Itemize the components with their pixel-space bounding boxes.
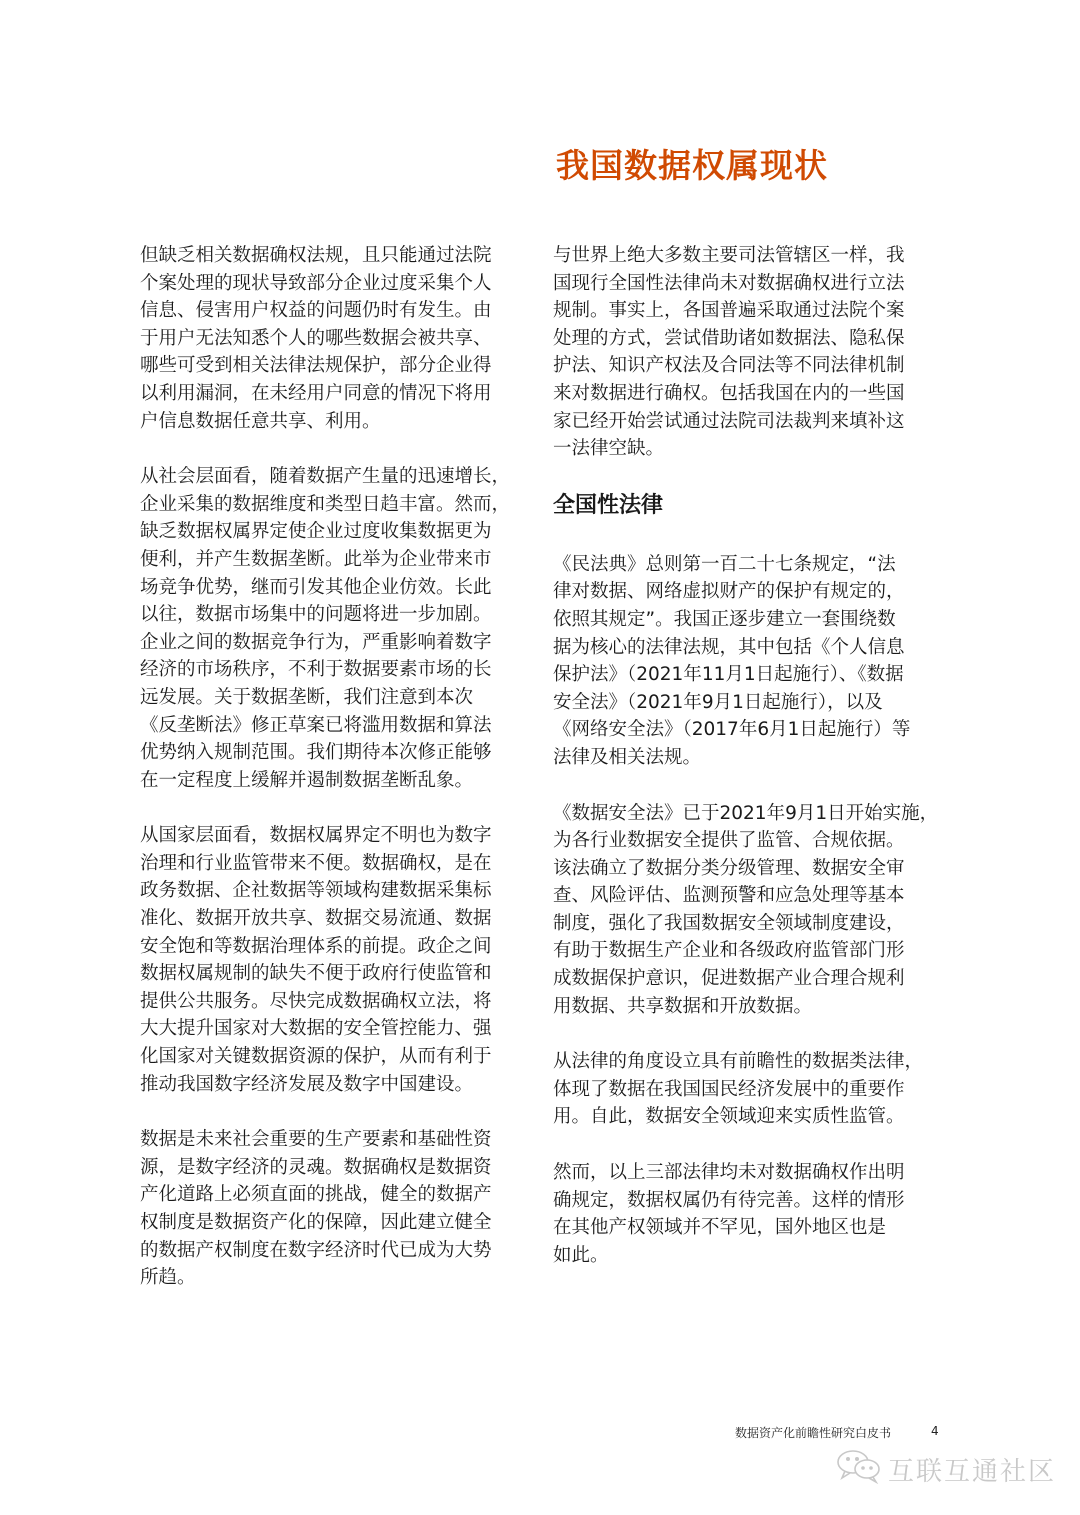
- text-line: 处理的方式，尝试借助诸如数据法、隐私保: [553, 325, 953, 353]
- text-line: 远发展。关于数据垄断，我们注意到本次: [140, 684, 540, 712]
- text-line: 产化道路上必须直面的挑战，健全的数据产: [140, 1181, 540, 1209]
- body-paragraph: 数据是未来社会重要的生产要素和基础性资源，是数字经济的灵魂。数据确权是数据资产化…: [140, 1126, 540, 1292]
- text-line: 成数据保护意识，促进数据产业合理合规利: [553, 965, 953, 993]
- text-line: 化国家对关键数据资源的保护，从而有利于: [140, 1043, 540, 1071]
- text-line: 有助于数据生产企业和各级政府监管部门形: [553, 937, 953, 965]
- text-line: 《民法典》总则第一百二十七条规定，“法: [553, 551, 953, 579]
- text-line: 然而，以上三部法律均未对数据确权作出明: [553, 1159, 953, 1187]
- body-paragraph: 从法律的角度设立具有前瞻性的数据类法律，体现了数据在我国国民经济发展中的重要作用…: [553, 1048, 953, 1131]
- text-line: 但缺乏相关数据确权法规，且只能通过法院: [140, 242, 540, 270]
- text-line: 依照其规定”。我国正逐步建立一套围绕数: [553, 606, 953, 634]
- left-column: 但缺乏相关数据确权法规，且只能通过法院个案处理的现状导致部分企业过度采集个人信息…: [140, 242, 540, 1320]
- text-line: 制度，强化了我国数据安全领域制度建设，: [553, 910, 953, 938]
- text-line: 为各行业数据安全提供了监管、合规依据。: [553, 827, 953, 855]
- text-line: 从国家层面看，数据权属界定不明也为数字: [140, 822, 540, 850]
- text-line: 在一定程度上缓解并遏制数据垄断乱象。: [140, 767, 540, 795]
- text-line: 安全法》（2021年9月1日起施行），以及: [553, 689, 953, 717]
- text-line: 一法律空缺。: [553, 435, 953, 463]
- text-line: 便利，并产生数据垄断。此举为企业带来市: [140, 546, 540, 574]
- text-line: 准化、数据开放共享、数据交易流通、数据: [140, 905, 540, 933]
- text-line: 的数据产权制度在数字经济时代已成为大势: [140, 1237, 540, 1265]
- text-line: 体现了数据在我国国民经济发展中的重要作: [553, 1076, 953, 1104]
- text-line: 缺乏数据权属界定使企业过度收集数据更为: [140, 518, 540, 546]
- text-line: 信息、侵害用户权益的问题仍时有发生。由: [140, 297, 540, 325]
- text-line: 治理和行业监管带来不便。数据确权，是在: [140, 850, 540, 878]
- text-line: 数据权属规制的缺失不便于政府行使监管和: [140, 960, 540, 988]
- text-line: 护法、知识产权法及合同法等不同法律机制: [553, 352, 953, 380]
- text-line: 推动我国数字经济发展及数字中国建设。: [140, 1071, 540, 1099]
- text-line: 优势纳入规制范围。我们期待本次修正能够: [140, 739, 540, 767]
- text-line: 该法确立了数据分类分级管理、数据安全审: [553, 855, 953, 883]
- text-line: 来对数据进行确权。包括我国在内的一些国: [553, 380, 953, 408]
- text-line: 以往，数据市场集中的问题将进一步加剧。: [140, 601, 540, 629]
- text-line: 所趋。: [140, 1264, 540, 1292]
- text-line: 企业采集的数据维度和类型日趋丰富。然而，: [140, 491, 540, 519]
- text-line: 《网络安全法》（2017年6月1日起施行）等: [553, 716, 953, 744]
- text-line: 查、风险评估、监测预警和应急处理等基本: [553, 882, 953, 910]
- text-line: 场竞争优势，继而引发其他企业仿效。长此: [140, 574, 540, 602]
- text-line: 大大提升国家对大数据的安全管控能力、强: [140, 1015, 540, 1043]
- text-line: 从社会层面看，随着数据产生量的迅速增长，: [140, 463, 540, 491]
- right-column: 与世界上绝大多数主要司法管辖区一样，我国现行全国性法律尚未对数据确权进行立法规制…: [553, 242, 953, 1297]
- wechat-icon: [836, 1448, 882, 1491]
- text-line: 律对数据、网络虚拟财产的保护有规定的，: [553, 578, 953, 606]
- page-title: 我国数据权属现状: [556, 140, 828, 187]
- text-line: 哪些可受到相关法律法规保护，部分企业得: [140, 352, 540, 380]
- text-line: 经济的市场秩序，不利于数据要素市场的长: [140, 656, 540, 684]
- text-line: 《反垄断法》修正草案已将滥用数据和算法: [140, 712, 540, 740]
- text-line: 用数据、共享数据和开放数据。: [553, 993, 953, 1021]
- intro-paragraph: 与世界上绝大多数主要司法管辖区一样，我国现行全国性法律尚未对数据确权进行立法规制…: [553, 242, 953, 463]
- text-line: 数据是未来社会重要的生产要素和基础性资: [140, 1126, 540, 1154]
- right-paragraphs: 《民法典》总则第一百二十七条规定，“法律对数据、网络虚拟财产的保护有规定的，依照…: [553, 551, 953, 1270]
- text-line: 规制。事实上，各国普遍采取通过法院个案: [553, 297, 953, 325]
- text-line: 法律及相关法规。: [553, 744, 953, 772]
- text-line: 保护法》（2021年11月1日起施行）、《数据: [553, 661, 953, 689]
- text-line: 与世界上绝大多数主要司法管辖区一样，我: [553, 242, 953, 270]
- text-line: 用。自此，数据安全领域迎来实质性监管。: [553, 1103, 953, 1131]
- page-footer: 数据资产化前瞻性研究白皮书 4: [735, 1424, 891, 1441]
- watermark: 互联互通社区: [836, 1448, 1056, 1491]
- body-paragraph: 《民法典》总则第一百二十七条规定，“法律对数据、网络虚拟财产的保护有规定的，依照…: [553, 551, 953, 772]
- text-line: 于用户无法知悉个人的哪些数据会被共享、: [140, 325, 540, 353]
- text-line: 国现行全国性法律尚未对数据确权进行立法: [553, 270, 953, 298]
- body-paragraph: 但缺乏相关数据确权法规，且只能通过法院个案处理的现状导致部分企业过度采集个人信息…: [140, 242, 540, 435]
- text-line: 从法律的角度设立具有前瞻性的数据类法律，: [553, 1048, 953, 1076]
- text-line: 权制度是数据资产化的保障，因此建立健全: [140, 1209, 540, 1237]
- text-line: 据为核心的法律法规，其中包括《个人信息: [553, 634, 953, 662]
- footer-doc-title: 数据资产化前瞻性研究白皮书: [735, 1426, 891, 1440]
- text-line: 企业之间的数据竞争行为，严重影响着数字: [140, 629, 540, 657]
- text-line: 户信息数据任意共享、利用。: [140, 408, 540, 436]
- text-line: 《数据安全法》已于2021年9月1日开始实施，: [553, 800, 953, 828]
- page-number: 4: [931, 1424, 939, 1438]
- body-paragraph: 《数据安全法》已于2021年9月1日开始实施，为各行业数据安全提供了监管、合规依…: [553, 800, 953, 1021]
- body-paragraph: 从国家层面看，数据权属界定不明也为数字治理和行业监管带来不便。数据确权，是在政务…: [140, 822, 540, 1098]
- watermark-text: 互联互通社区: [888, 1451, 1056, 1488]
- text-line: 政务数据、企社数据等领域构建数据采集标: [140, 877, 540, 905]
- text-line: 安全饱和等数据治理体系的前提。政企之间: [140, 933, 540, 961]
- body-paragraph: 然而，以上三部法律均未对数据确权作出明确规定，数据权属仍有待完善。这样的情形在其…: [553, 1159, 953, 1269]
- text-line: 个案处理的现状导致部分企业过度采集个人: [140, 270, 540, 298]
- body-paragraph: 从社会层面看，随着数据产生量的迅速增长，企业采集的数据维度和类型日趋丰富。然而，…: [140, 463, 540, 794]
- text-line: 提供公共服务。尽快完成数据确权立法，将: [140, 988, 540, 1016]
- text-line: 如此。: [553, 1242, 953, 1270]
- text-line: 家已经开始尝试通过法院司法裁判来填补这: [553, 408, 953, 436]
- text-line: 以利用漏洞，在未经用户同意的情况下将用: [140, 380, 540, 408]
- text-line: 源，是数字经济的灵魂。数据确权是数据资: [140, 1154, 540, 1182]
- text-line: 确规定，数据权属仍有待完善。这样的情形: [553, 1187, 953, 1215]
- section-subheading: 全国性法律: [553, 491, 953, 521]
- text-line: 在其他产权领域并不罕见，国外地区也是: [553, 1214, 953, 1242]
